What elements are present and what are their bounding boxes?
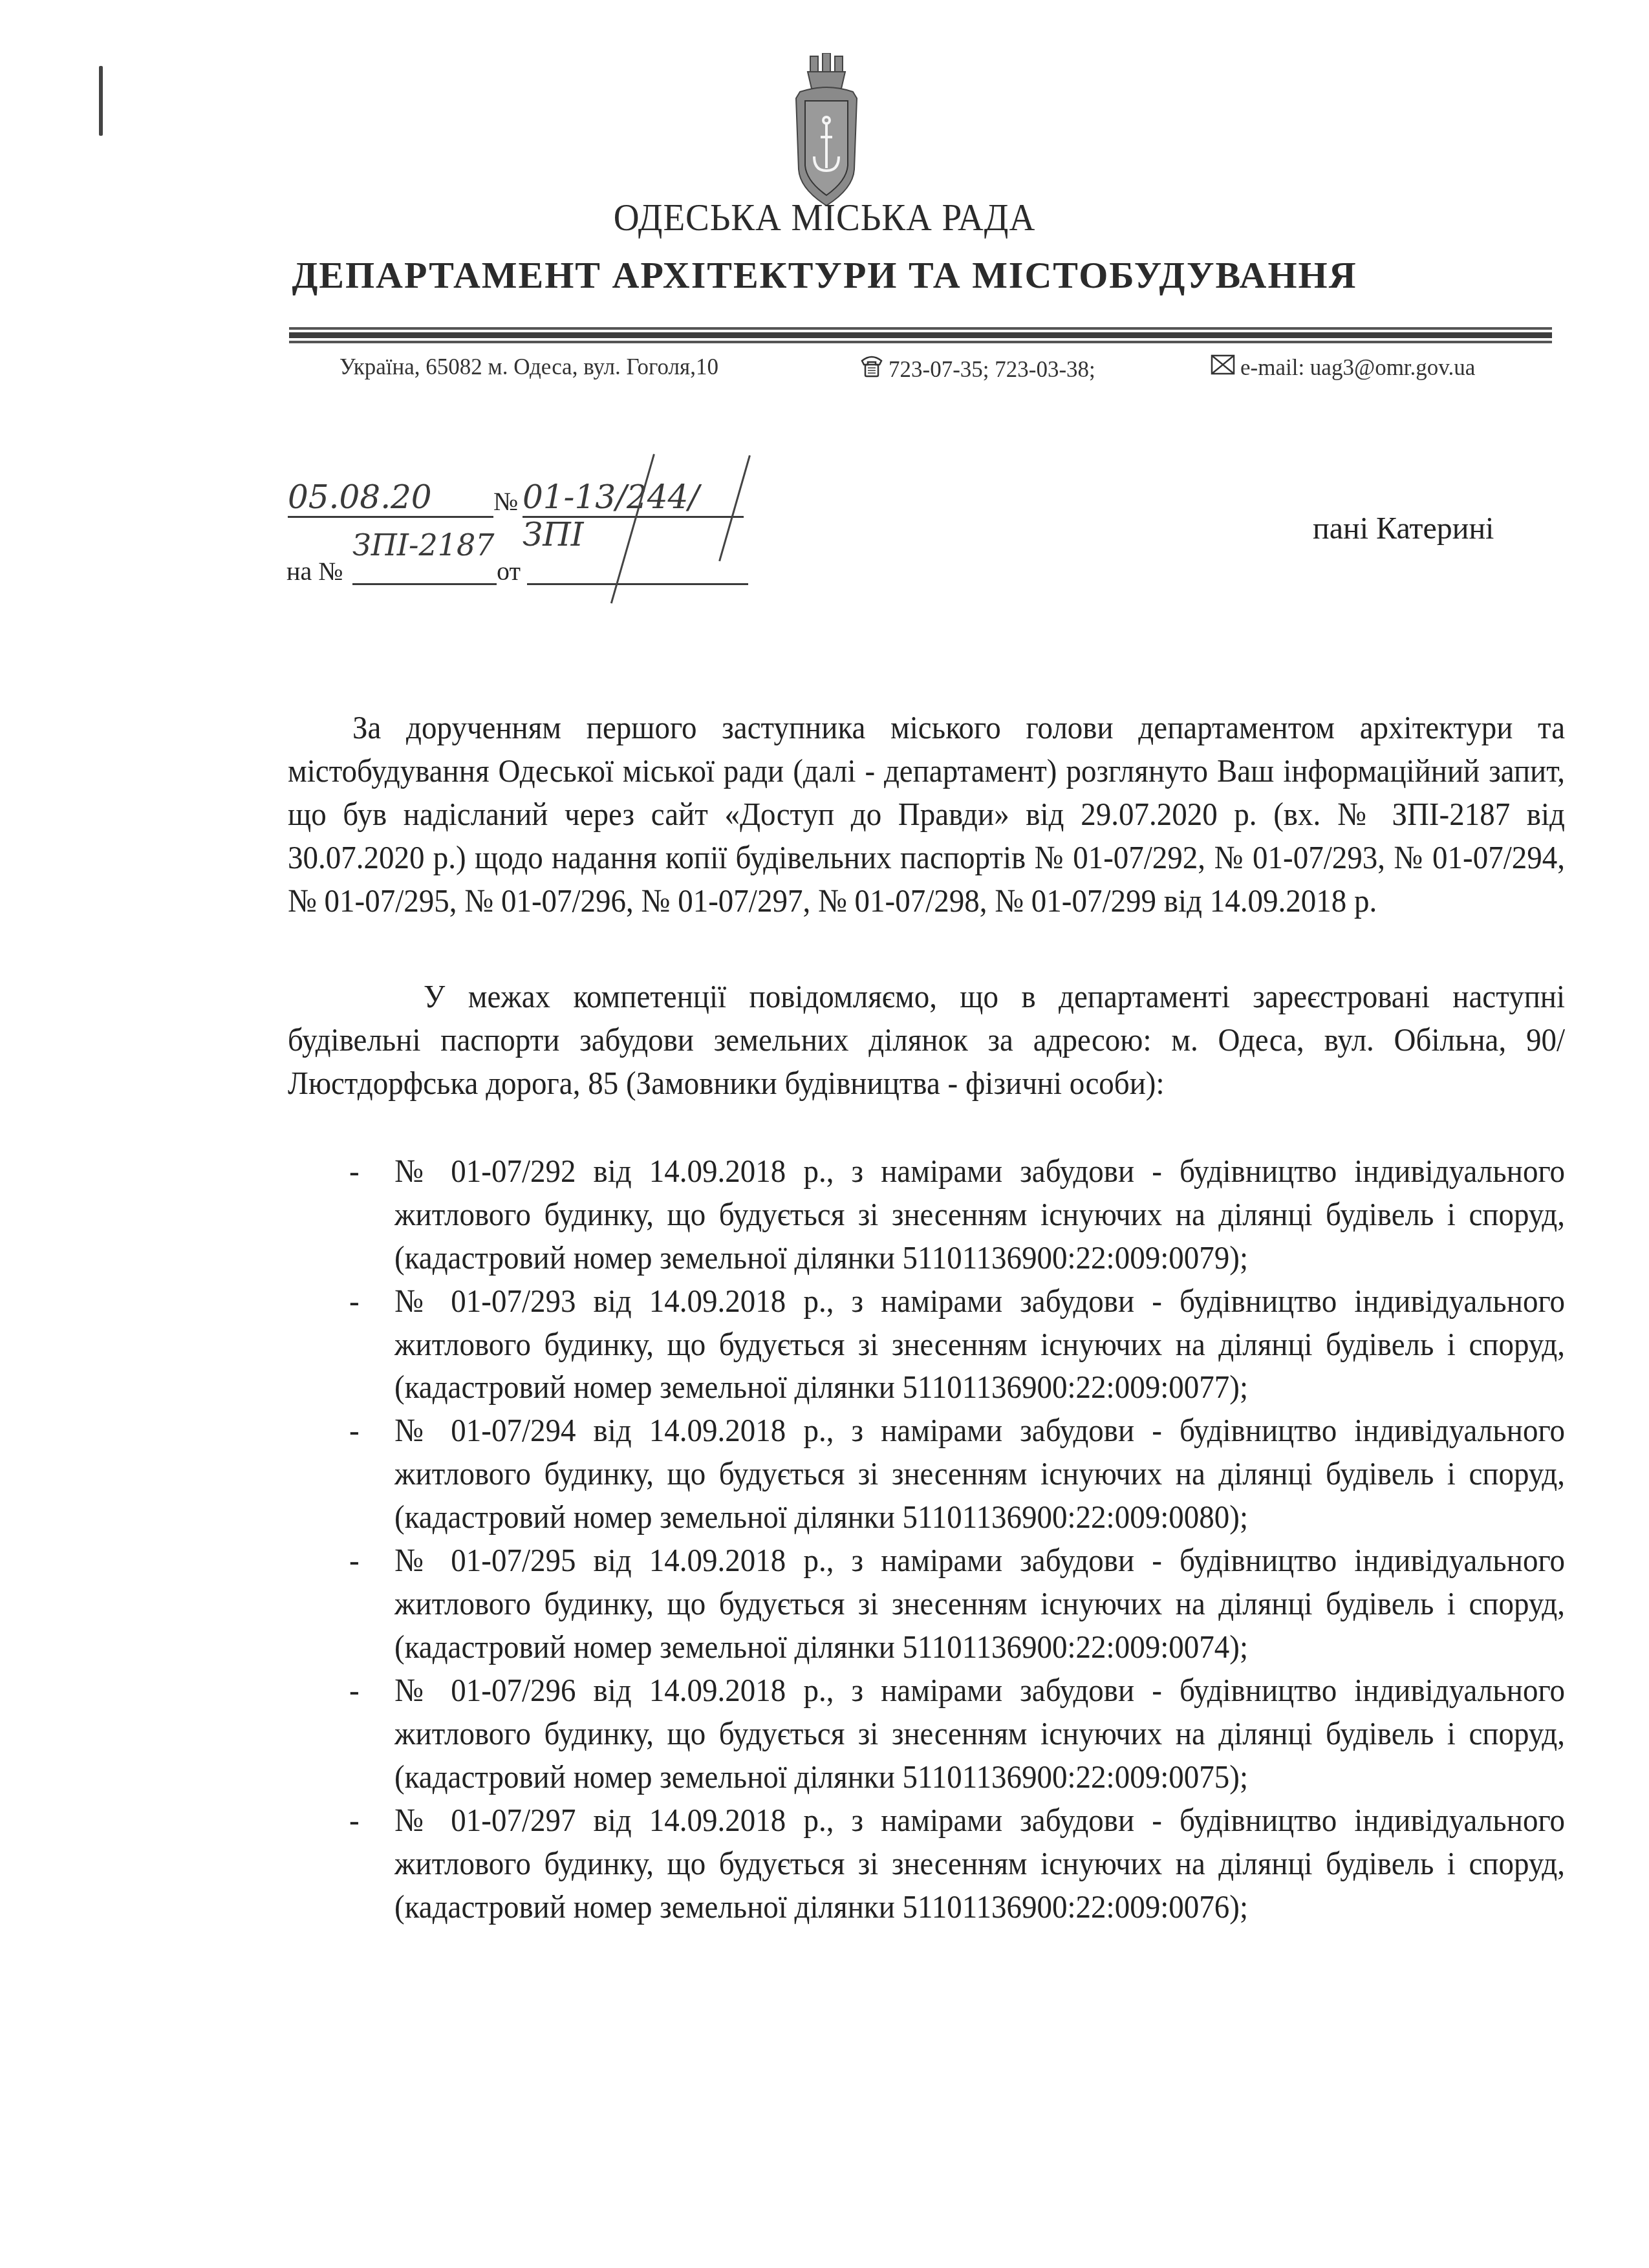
reply-to-number-value: ЗПІ-2187	[352, 528, 495, 562]
list-item: -№ 01-07/293 від 14.09.2018 р., з наміра…	[336, 1279, 1565, 1409]
passport-entry: № 01-07/292 від 14.09.2018 р., з намірам…	[394, 1153, 1565, 1276]
list-dash: -	[349, 1539, 360, 1583]
from-date	[527, 551, 748, 585]
list-item: -№ 01-07/295 від 14.09.2018 р., з наміра…	[336, 1539, 1565, 1669]
outgoing-date: 05.08.20	[288, 478, 493, 518]
recipient: пані Катерині	[1313, 511, 1494, 546]
header-rule	[289, 327, 1552, 330]
list-item: -№ 01-07/296 від 14.09.2018 р., з наміра…	[336, 1669, 1565, 1799]
reply-to-label: на №	[286, 556, 343, 586]
email-address[interactable]: e-mail: uag3@omr.gov.ua	[1240, 355, 1475, 381]
list-item: -№ 01-07/294 від 14.09.2018 р., з наміра…	[336, 1409, 1565, 1539]
passport-entry: № 01-07/293 від 14.09.2018 р., з намірам…	[394, 1283, 1565, 1406]
phone-icon	[860, 354, 883, 385]
address: Україна, 65082 м. Одеса, вул. Гоголя,10	[339, 354, 718, 380]
list-dash: -	[349, 1799, 360, 1842]
number-label: №	[493, 486, 518, 517]
phone-numbers: 723-07-35; 723-03-38;	[889, 357, 1095, 383]
email-contact: e-mail: uag3@omr.gov.ua	[1211, 354, 1475, 381]
council-name: ОДЕСЬКА МІСЬКА РАДА	[66, 195, 1583, 240]
department-name: ДЕПАРТАМЕНТ АРХІТЕКТУРИ ТА МІСТОБУДУВАНН…	[0, 253, 1649, 297]
list-item: -№ 01-07/292 від 14.09.2018 р., з наміра…	[336, 1150, 1565, 1279]
list-item: -№ 01-07/297 від 14.09.2018 р., з наміра…	[336, 1799, 1565, 1929]
passport-entry: № 01-07/295 від 14.09.2018 р., з намірам…	[394, 1543, 1565, 1665]
list-dash: -	[349, 1279, 360, 1323]
paragraph-request: За дорученням першого заступника міськог…	[288, 706, 1565, 923]
passport-entry: № 01-07/294 від 14.09.2018 р., з намірам…	[394, 1413, 1565, 1535]
list-dash: -	[349, 1669, 360, 1713]
list-dash: -	[349, 1409, 360, 1453]
header-rule	[289, 332, 1552, 338]
header-rule	[289, 341, 1552, 343]
passport-entry: № 01-07/297 від 14.09.2018 р., з намірам…	[394, 1803, 1565, 1925]
passport-entry: № 01-07/296 від 14.09.2018 р., з намірам…	[394, 1673, 1565, 1795]
list-dash: -	[349, 1150, 360, 1193]
passport-list: -№ 01-07/292 від 14.09.2018 р., з наміра…	[336, 1150, 1565, 1929]
paragraph-response: У межах компетенції повідомляємо, що в д…	[288, 975, 1565, 1105]
reply-to-number: ЗПІ-2187	[352, 544, 497, 585]
margin-mark	[99, 66, 103, 136]
envelope-icon	[1211, 354, 1235, 381]
outgoing-number: 01-13/244/ЗПІ	[523, 478, 744, 518]
odesa-coat-of-arms-icon	[791, 53, 862, 208]
phone-contact: 723-07-35; 723-03-38;	[860, 354, 1095, 385]
from-label: от	[497, 556, 521, 586]
